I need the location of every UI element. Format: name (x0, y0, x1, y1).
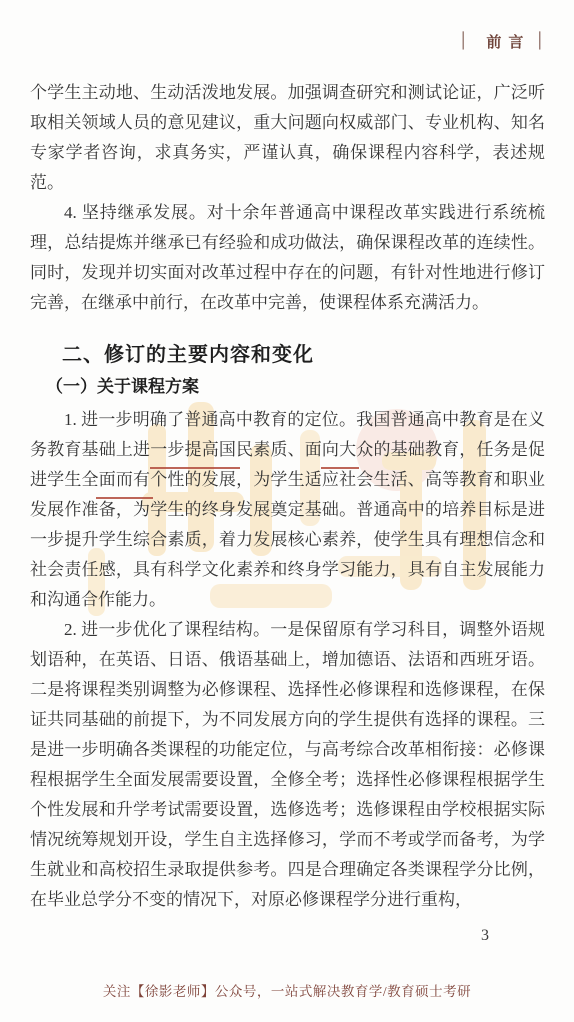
subsection-heading: （一）关于课程方案 (30, 372, 545, 402)
running-head-left-bar: │ (458, 33, 469, 50)
running-head-right-bar: │ (534, 33, 545, 50)
paragraph-point4: 4. 坚持继承发展。对十余年普通高中课程改革实践进行系统梳理，总结提炼并继承已有… (30, 198, 545, 318)
book-page: │ 前言 │ 个学生主动地、生动活泼地发展。加强调查研究和测试论证，广泛听取相关… (0, 0, 574, 1022)
running-head-title: 前言 (479, 31, 530, 52)
running-head: │ 前言 │ (458, 31, 545, 52)
section-heading: 二、修订的主要内容和变化 (30, 340, 545, 370)
paragraph-item1: 1. 进一步明确了普通高中教育的定位。我国普通高中教育是在义务教育基础上进一步提… (30, 405, 545, 615)
red-underline-mark (150, 467, 240, 469)
paragraph-continuation: 个学生主动地、生动活泼地发展。加强调查研究和测试论证，广泛听取相关领域人员的意见… (30, 78, 545, 198)
paragraph-item2: 2. 进一步优化了课程结构。一是保留原有学习科目，调整外语规划语种，在英语、日语… (30, 615, 545, 915)
red-underline-mark (321, 467, 359, 469)
promo-footer: 关注【徐影老师】公众号，一站式解决教育学/教育硕士考研 (0, 980, 574, 1000)
red-underline-mark (96, 497, 153, 499)
page-number: 3 (481, 927, 489, 945)
